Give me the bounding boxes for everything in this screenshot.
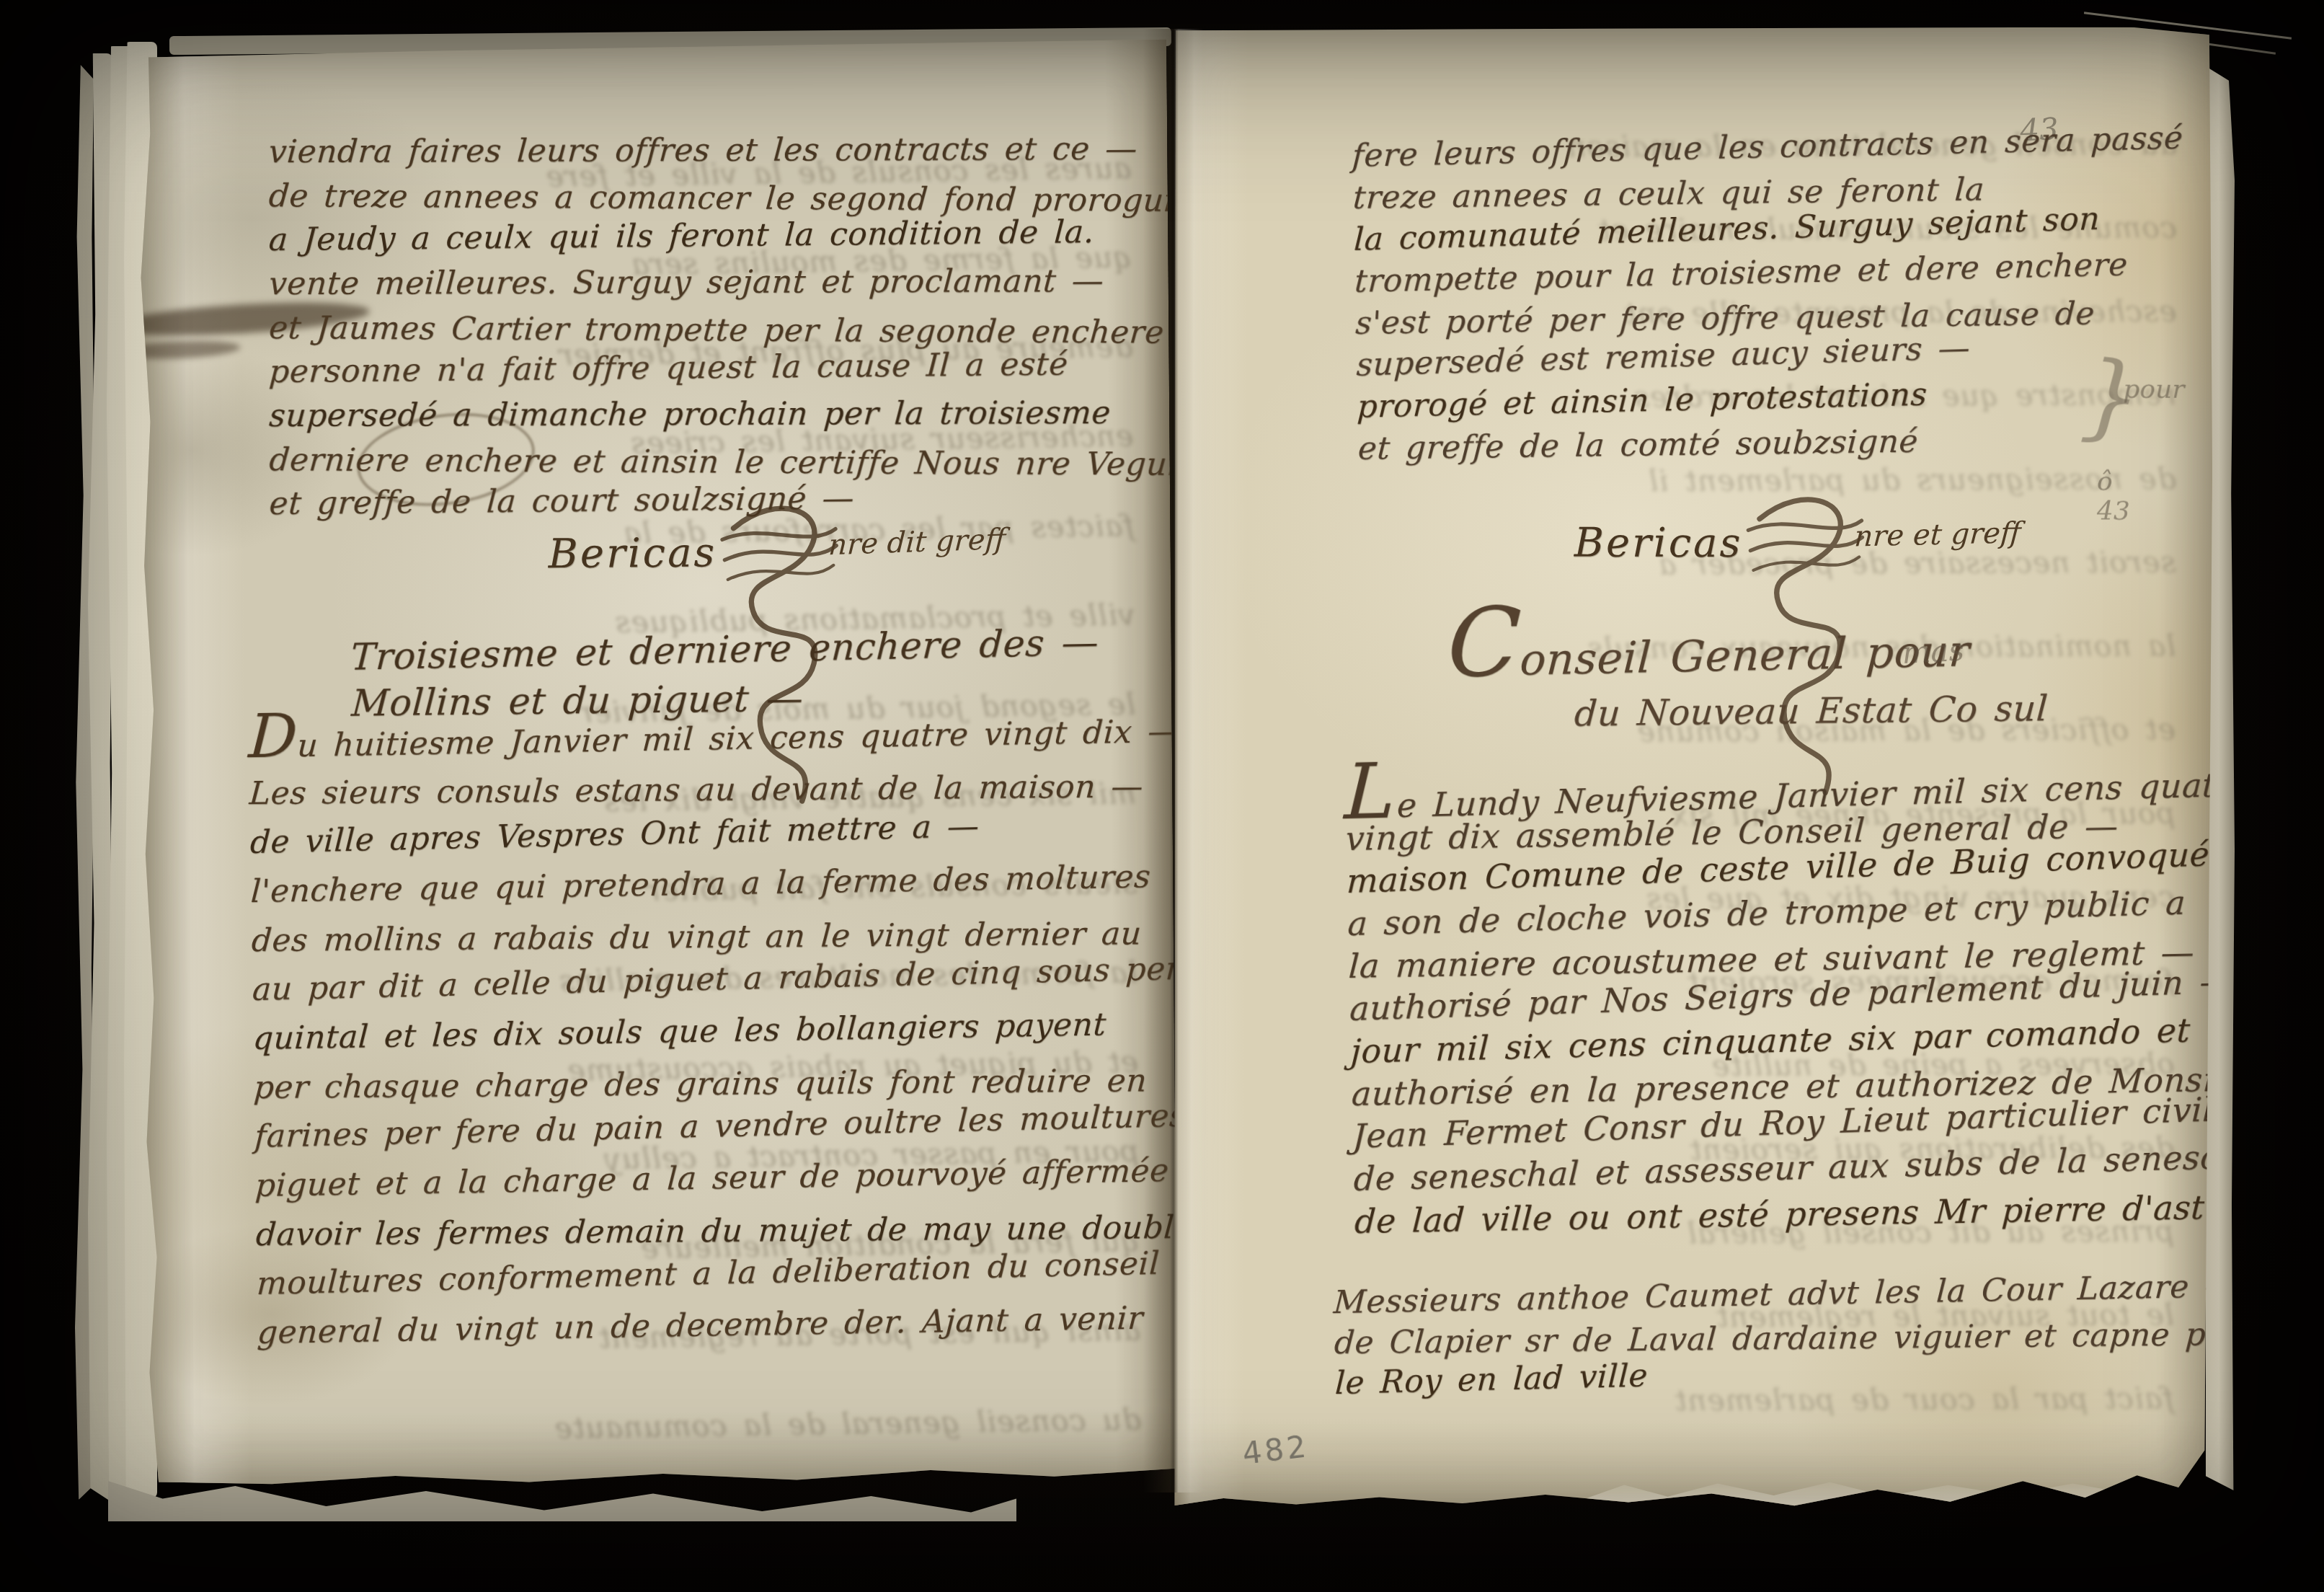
heading-line: du Nouveau Estat Co sul (1573, 677, 2050, 745)
text-line: viendra faires leurs offres et les contr… (267, 127, 1178, 174)
signature-suffix: nre et greff (1853, 516, 2022, 553)
heading-faint-word: mas (1901, 632, 1965, 671)
signature-row: Bericas nre et greff (1574, 518, 2021, 606)
signature-row: Bericas nre dit greff (548, 525, 1006, 615)
margin-note-amount: ô 43 (2097, 466, 2141, 526)
archival-manuscript-photo: aures les consuls de la ville et fereque… (0, 0, 2324, 1592)
pencil-folio-number: 482 (1241, 1428, 1310, 1472)
torn-edge (1587, 1475, 2209, 1510)
text-line: a Jeudy a ceulx qui ils feront la condit… (267, 209, 1178, 262)
text-line: vente meilleures. Surguy sejant et procl… (267, 259, 1178, 306)
right-paragraph-1: fere leurs offres que les contracts en s… (1352, 119, 2189, 470)
right-page: au conseil general tenu en la maisoncomu… (1171, 25, 2213, 1510)
signature-name: Bericas (548, 529, 717, 578)
left-page: aures les consuls de la ville et fereque… (137, 39, 1178, 1487)
signature-suffix: nre dit greff (828, 523, 1006, 562)
text-line: personne n'a fait offre quest la cause I… (268, 341, 1178, 394)
right-paragraph-3: Messieurs anthoe Caumet advt les la Cour… (1334, 1268, 2214, 1404)
text-line: supersedé a dimanche prochain per la tro… (267, 391, 1177, 438)
margin-note-word: pour (2123, 375, 2184, 404)
margin-note: } pour ô 43 (2081, 353, 2141, 439)
left-paragraph-2: Du huitiesme Janvier mil six cens quatre… (248, 706, 1177, 1358)
ghost-line: du conseil general de la comunaute (277, 1375, 1142, 1477)
right-paragraph-2: Le Lundy Neufviesme Janvier mil six cens… (1344, 751, 2214, 1243)
left-paragraph-1: viendra faires leurs offres et les contr… (269, 128, 1178, 526)
signature-name: Bericas (1574, 520, 1743, 567)
